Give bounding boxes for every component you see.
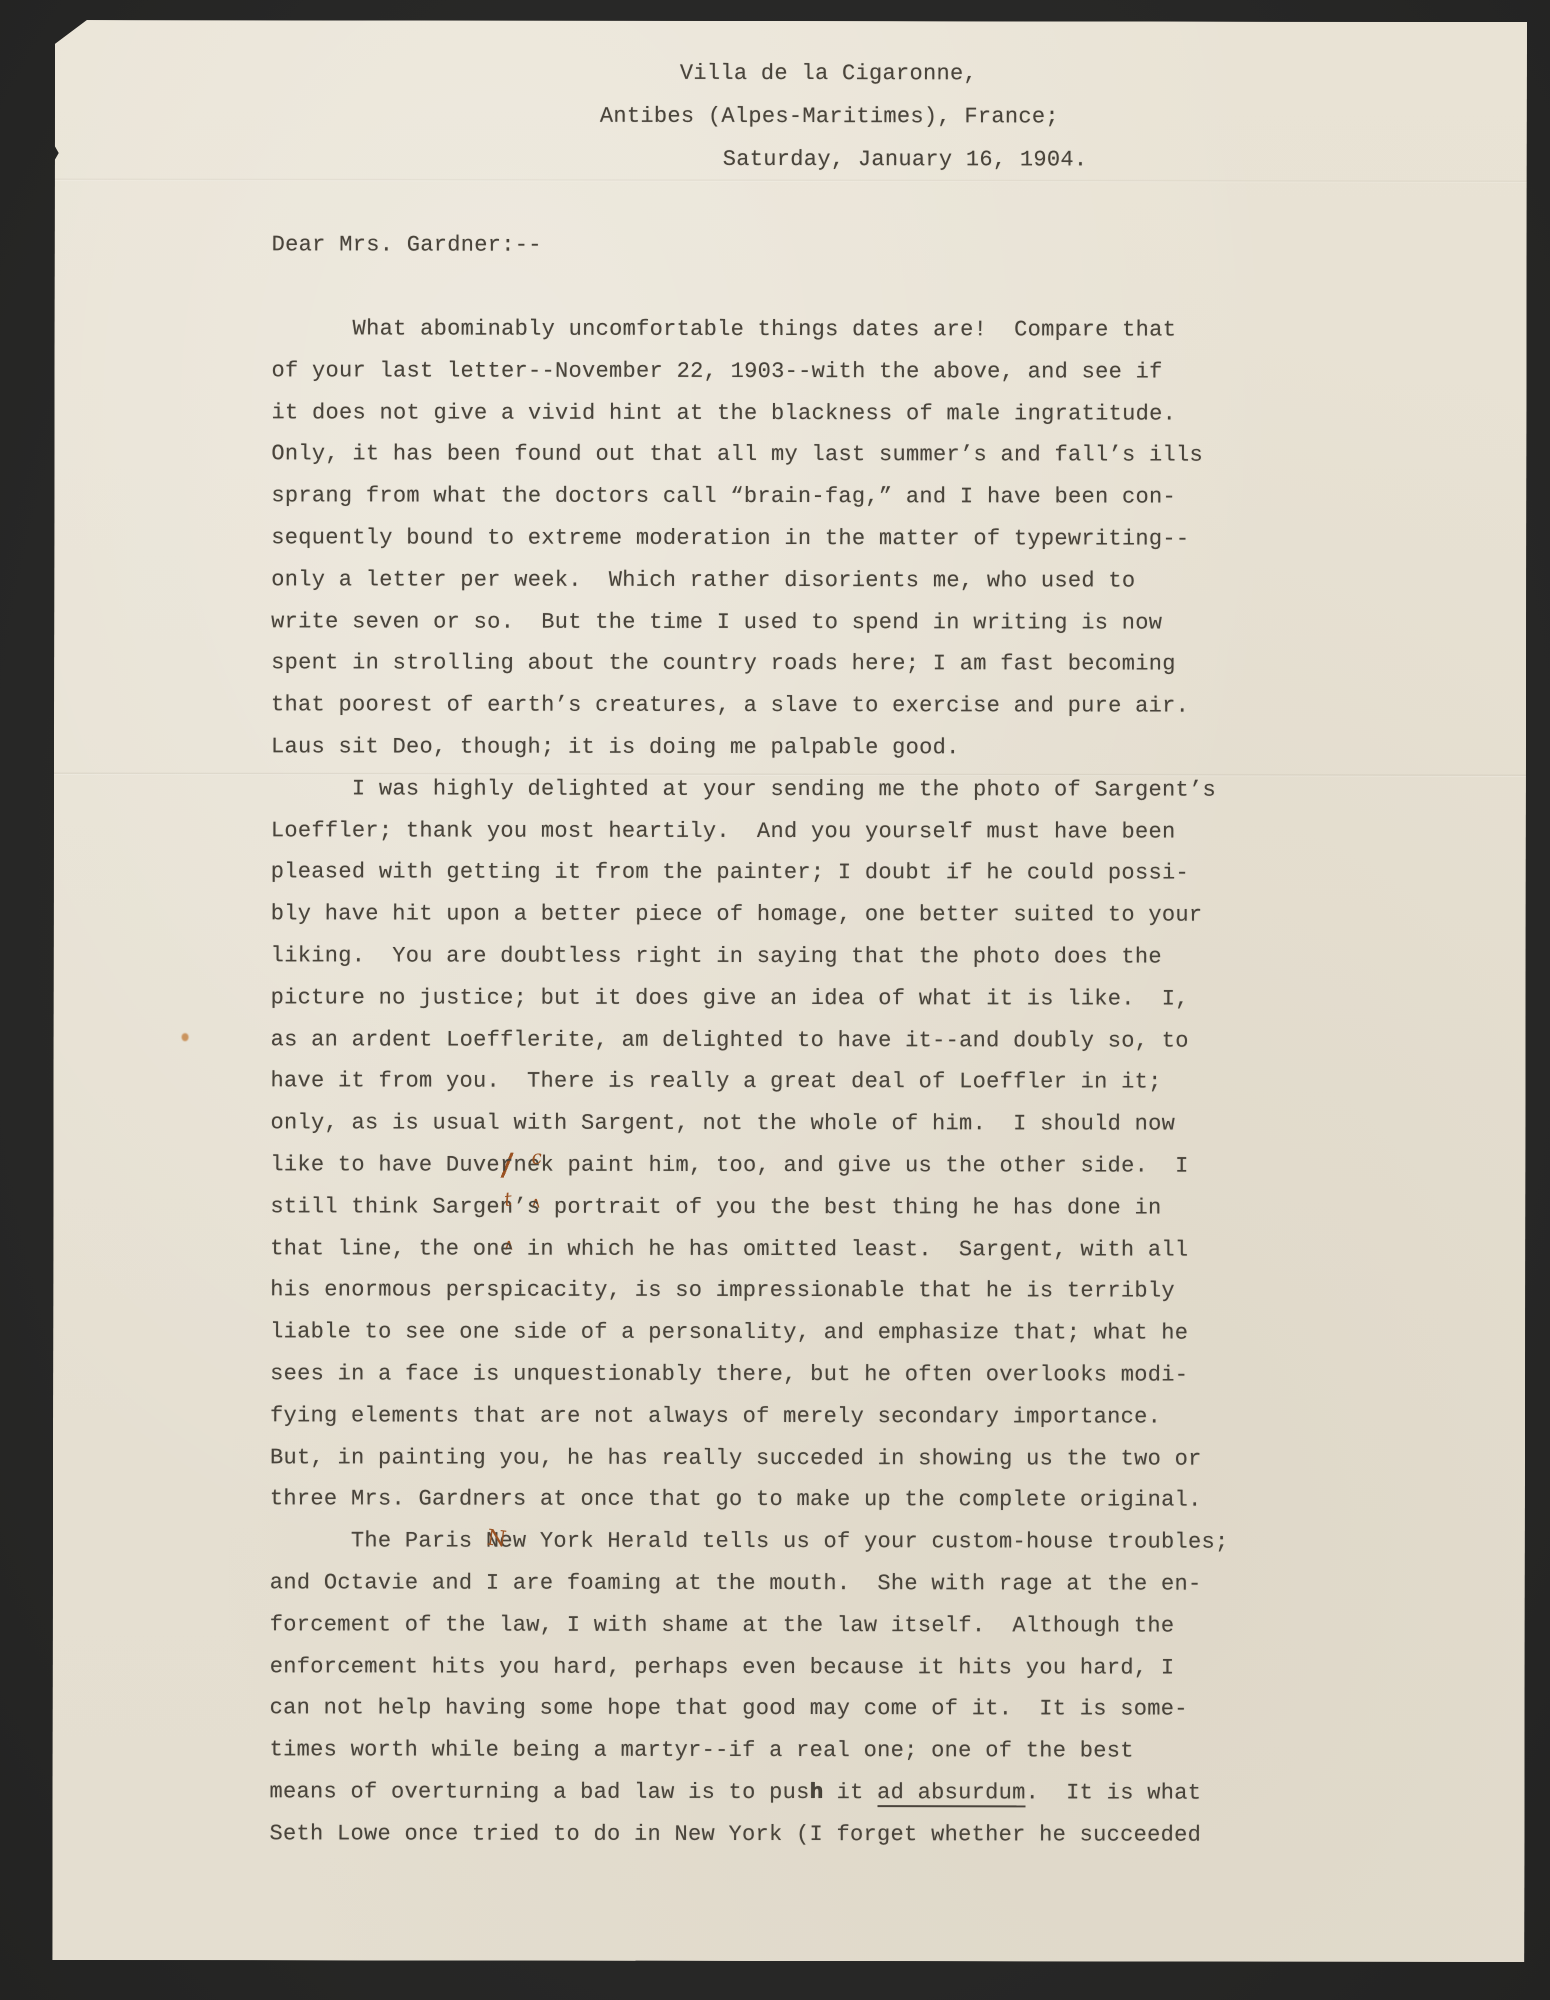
letter-line: only, as is usual with Sargent, not the … [270, 1102, 1229, 1145]
letter-heading-address-line: Villa de la Cigaronne, [680, 61, 977, 87]
letter-line: I was highly delighted at your sending m… [271, 768, 1230, 811]
ink-overwritten-letter: NN [486, 1521, 500, 1563]
letter-line: of your last letter--November 22, 1903--… [271, 350, 1230, 393]
paper-crease [55, 178, 1527, 183]
letter-line: sees in a face is unquestionably there, … [270, 1353, 1229, 1396]
letter-line: three Mrs. Gardners at once that go to m… [270, 1479, 1229, 1522]
letter-line: pleased with getting it from the painter… [271, 852, 1230, 895]
underlined-phrase: ad absurdum [877, 1780, 1026, 1807]
letter-line: forcement of the law, I with shame at th… [270, 1604, 1229, 1647]
letter-line: spent in strolling about the country roa… [271, 643, 1230, 686]
letter-line: times worth while being a martyr--if a r… [270, 1729, 1229, 1772]
letter-line: sequently bound to extreme moderation in… [271, 517, 1230, 560]
letter-line: like to have Duvernec∧k paint him, too, … [270, 1144, 1229, 1187]
ink-spot [182, 1033, 189, 1041]
letter-line: Loeffler; thank you most heartily. And y… [271, 810, 1230, 853]
letter-line: sprang from what the doctors call “brain… [271, 475, 1230, 518]
letter-line: as an ardent Loefflerite, am delighted t… [271, 1019, 1230, 1062]
letter-heading-city-line: Antibes (Alpes-Maritimes), France; [600, 104, 1059, 131]
letter-line: Laus sit Deo, though; it is doing me pal… [271, 726, 1230, 769]
letter-line: it does not give a vivid hint at the bla… [271, 392, 1230, 435]
letter-line: that poorest of earth’s creatures, a sla… [271, 684, 1230, 727]
letter-line: liable to see one side of a personality,… [270, 1311, 1229, 1354]
letter-line: can not help having some hope that good … [270, 1688, 1229, 1731]
letter-line: fying elements that are not always of me… [270, 1395, 1229, 1438]
letter-line: still think Sargent∧’s portrait of you t… [270, 1186, 1229, 1229]
letter-page: Villa de la Cigaronne, Antibes (Alpes-Ma… [52, 20, 1527, 1962]
letter-line: and Octavie and I are foaming at the mou… [270, 1562, 1229, 1605]
letter-line: have it from you. There is really a grea… [270, 1061, 1229, 1104]
letter-line: his enormous perspicacity, is so impress… [270, 1270, 1229, 1313]
letter-line: liking. You are doubtless right in sayin… [271, 935, 1230, 978]
letter-line: enforcement hits you hard, perhaps even … [270, 1646, 1229, 1689]
letter-line: Seth Lowe once tried to do in New York (… [269, 1813, 1228, 1856]
letter-line: Only, it has been found out that all my … [271, 434, 1230, 477]
letter-line: write seven or so. But the time I used t… [271, 601, 1230, 644]
letter-line: bly have hit upon a better piece of homa… [271, 893, 1230, 936]
letter-body: What abominably uncomfortable things dat… [269, 308, 1230, 1856]
letter-line: picture no justice; but it does give an … [271, 977, 1230, 1020]
letter-line: that line, the one in which he has omitt… [270, 1228, 1229, 1271]
strikethrough-correction-mark: r [500, 1153, 514, 1178]
handwritten-letter: N [484, 1518, 509, 1562]
handwritten-letter: t [502, 1179, 514, 1221]
salutation-line: Dear Mrs. Gardner:-- [272, 232, 542, 258]
overstruck-letter: h [810, 1780, 824, 1805]
letter-heading-date-line: Saturday, January 16, 1904. [723, 147, 1088, 174]
letter-line: only a letter per week. Which rather dis… [271, 559, 1230, 602]
letter-line: The Paris NNew York Herald tells us of y… [270, 1520, 1229, 1563]
letter-line: means of overturning a bad law is to pus… [269, 1771, 1228, 1814]
letter-line: But, in painting you, he has really succ… [270, 1437, 1229, 1480]
letter-line: What abominably uncomfortable things dat… [272, 308, 1231, 351]
